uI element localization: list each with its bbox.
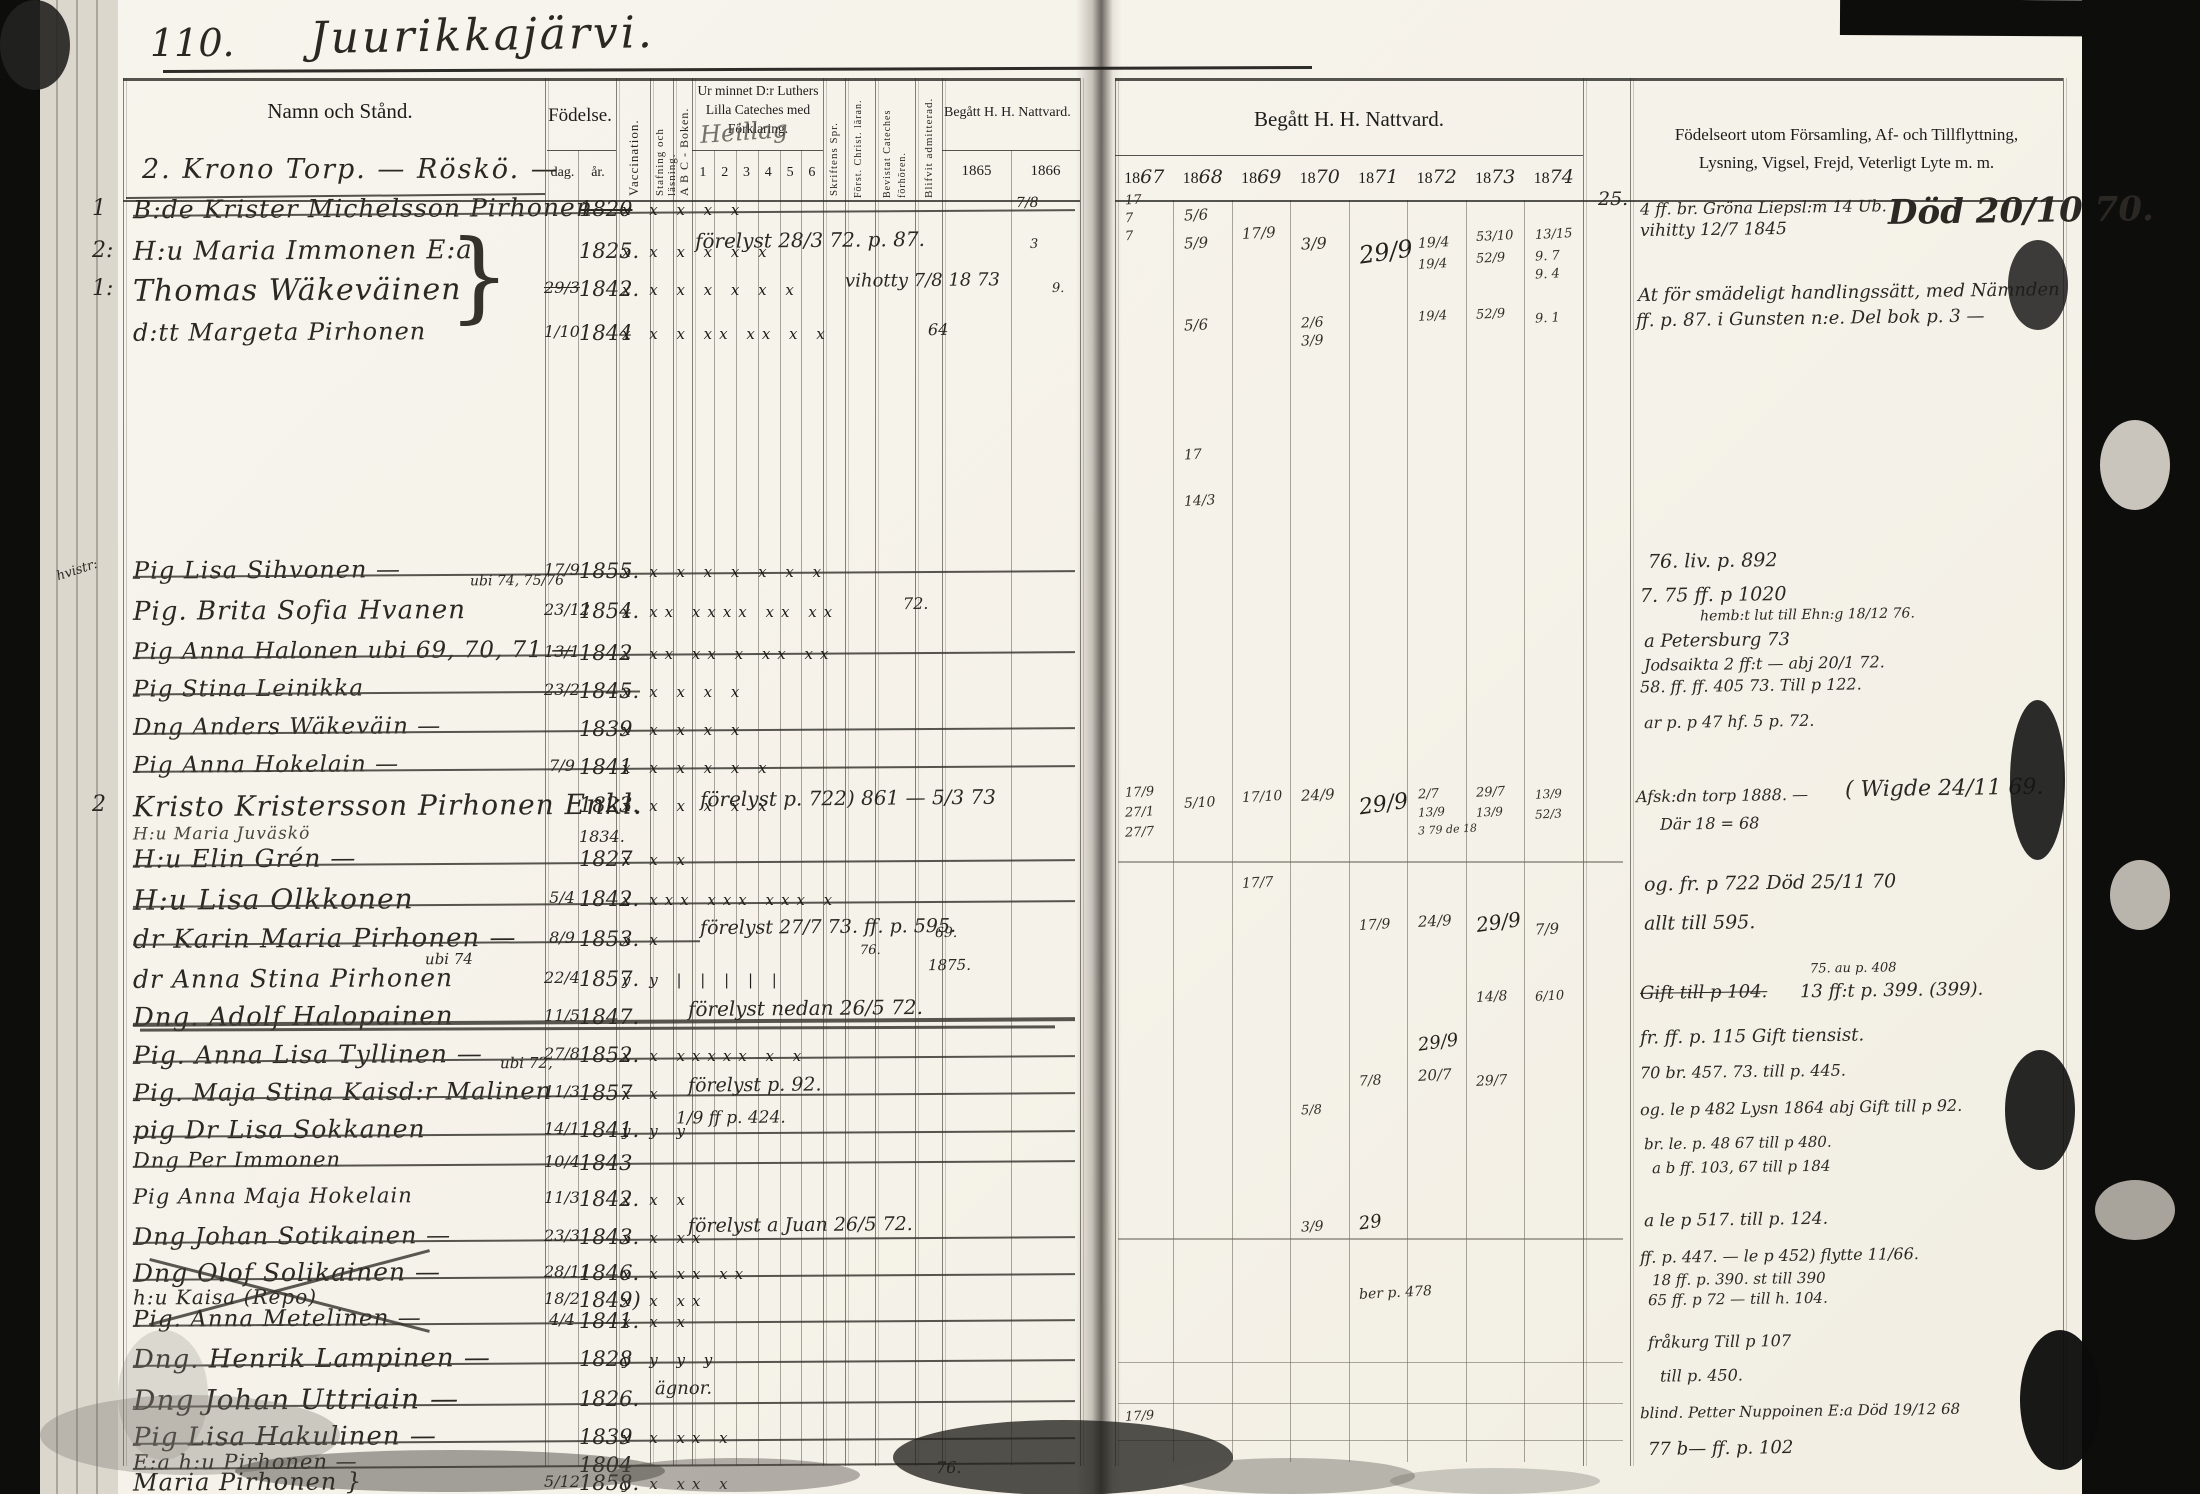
left-note: 1875. <box>928 958 971 973</box>
cateches-scribble: Heillag <box>699 117 788 147</box>
communion-mark: 7 <box>1125 230 1134 243</box>
communion-mark: 13/9 <box>1476 805 1504 818</box>
right-note: ff. p. 87. i Gunsten n:e. Del bok p. 3 — <box>1636 308 1985 331</box>
communion-mark: 2/7 <box>1417 787 1439 801</box>
scan-stain <box>118 1330 208 1460</box>
scan-stain <box>1165 1458 1415 1494</box>
study-marks: x x x x x x <box>622 761 774 776</box>
scan-stain <box>2110 860 2170 930</box>
right-note: At för smädeligt handlingssätt, med Nämn… <box>1638 281 2060 305</box>
grid-line-vertical <box>1407 200 1408 1462</box>
row-margin-number: 2 <box>92 794 106 816</box>
study-marks: x x x x x <box>622 203 746 218</box>
communion-mark: 52/3 <box>1534 807 1562 820</box>
row-name: B:de Krister Michelsson Pirhonen <box>133 195 593 222</box>
communion-mark: 17/9 <box>1242 225 1276 242</box>
cateches-col-number: 4 <box>757 166 779 181</box>
birth-day: 10/4 <box>544 1154 580 1170</box>
communion-mark: 17 <box>1125 194 1142 208</box>
right-note: ar p. p 47 hf. 5 p. 72. <box>1644 713 1815 731</box>
birth-day: 22/4 <box>544 970 580 986</box>
header-stafning: Stafning och läsning. <box>654 84 678 196</box>
birth-day: 8/9 <box>544 930 580 946</box>
communion-mark: 20/7 <box>1417 1067 1451 1084</box>
left-note: förelyst 28/3 72. p. 87. <box>695 229 925 251</box>
right-note: ff. p. 447. — le p 452) flytte 11/66. <box>1640 1246 1919 1266</box>
scan-stain <box>2095 1180 2175 1240</box>
communion-mark: 5/9 <box>1183 235 1208 251</box>
communion-mark: 29/7 <box>1476 1073 1508 1089</box>
grid-line-vertical <box>1115 78 1116 1466</box>
right-note: allt till 595. <box>1644 913 1756 934</box>
header-notes-line1: Födelseort utom Församling, Af- och Till… <box>1630 126 2063 144</box>
row-margin-number: 1 <box>92 198 106 220</box>
right-note: 77 b— ff. p. 102 <box>1648 1439 1794 1459</box>
study-marks: x x xx xx <box>622 1267 750 1282</box>
grid-line-vertical <box>1583 78 1584 1466</box>
communion-mark: 24/9 <box>1300 787 1334 804</box>
left-note: 72. <box>903 596 929 612</box>
right-note: till p. 450. <box>1660 1367 1743 1384</box>
communion-mark: 53/10 <box>1476 229 1514 244</box>
grid-line-vertical <box>823 78 824 1466</box>
left-note: vihotty 7/8 18 73 <box>845 271 1000 290</box>
header-vaccination: Vaccination. <box>626 84 642 196</box>
grid-line-vertical <box>1290 200 1291 1462</box>
year-label: 1873 <box>1466 168 1525 188</box>
study-marks: x x x x x x x x <box>622 565 828 580</box>
birth-day: 11/3 <box>544 1084 580 1100</box>
scan-stain <box>2020 1330 2100 1470</box>
birth-year: 1826. <box>579 1389 639 1410</box>
row-name: dr Anna Stina Pirhonen <box>133 965 453 992</box>
communion-mark: 17/9 <box>1125 1409 1155 1424</box>
communion-mark: 9. 1 <box>1534 311 1559 325</box>
row-name: Pig Lisa Sihvonen — <box>133 557 401 582</box>
communion-mark: 9. 7 <box>1534 249 1559 263</box>
header-bevistat-line1: Bevistat Cateches <box>882 84 893 198</box>
header-cateches-line2: Lilla Cateches med <box>693 103 823 117</box>
header-begatt-right: Begått H. H. Nattvard. <box>1115 108 1583 130</box>
left-note: 64 <box>928 322 948 338</box>
row-name: Kristo Kristersson Pirhonen Enkl. <box>133 791 643 822</box>
scan-stain <box>0 0 70 90</box>
study-marks: x xx xx x xx xx <box>622 647 835 662</box>
scan-edge-left-strip <box>40 0 118 1494</box>
header-begatt-left: Begått H. H. Nattvard. <box>944 106 1078 121</box>
birth-day: 11/3 <box>544 1190 580 1206</box>
communion-mark: 7/9 <box>1534 921 1559 937</box>
communion-mark: 14/3 <box>1183 493 1215 509</box>
communion-mark: 13/15 <box>1534 227 1572 242</box>
grid-line-horizontal <box>1115 78 2063 81</box>
year-label: 1868 <box>1174 168 1233 188</box>
right-note: 75. au p. 408 <box>1810 961 1897 975</box>
right-note: fr. ff. p. 115 Gift tiensist. <box>1640 1026 1864 1047</box>
communion-mark: 3 79 de 18 <box>1417 822 1477 836</box>
scan-stain <box>1390 1468 1600 1494</box>
row-name: H:u Maria Immonen E:a <box>133 237 473 265</box>
row-name: Dng Per Immonen <box>133 1149 341 1171</box>
communion-mark: 52/9 <box>1476 251 1506 266</box>
year-label: 1869 <box>1232 168 1291 188</box>
communion-mark: 27/7 <box>1125 825 1155 840</box>
communion-mark: 13/9 <box>1534 787 1562 800</box>
communion-mark: 29/9 <box>1475 909 1522 935</box>
year-label: 1874 <box>1525 168 1584 188</box>
year-label: 1867 <box>1115 168 1174 188</box>
study-marks: x x x x x x x <box>622 283 801 298</box>
left-note: förelyst nedan 26/5 72. <box>688 997 923 1019</box>
grid-line-horizontal <box>547 150 616 151</box>
left-note: förelyst p. 722) 861 — 5/3 73 <box>700 787 996 810</box>
row-name: Pig. Brita Sofia Hvanen <box>133 597 466 625</box>
right-note: blind. Petter Nuppoinen E:a Död 19/12 68 <box>1640 1402 1960 1421</box>
birth-day: 11/5 <box>544 1008 580 1024</box>
row-name: Pig Anna Halonen ubi 69, 70, 71 — <box>133 639 575 664</box>
communion-mark: 29/7 <box>1476 785 1506 800</box>
study-marks: x x x xx xx x x <box>622 327 832 342</box>
communion-mark: 9. 4 <box>1534 267 1559 281</box>
left-note: ubi 74 <box>425 952 473 967</box>
header-blifvit-admitterad: Blifvit admitterad. <box>923 84 935 198</box>
birth-year: 1847. <box>579 1007 639 1028</box>
scan-stain <box>2010 700 2065 860</box>
right-note: 70 br. 457. 73. till p. 445. <box>1640 1063 1846 1082</box>
row-margin-number: 1: <box>92 278 113 300</box>
right-note: 7. 75 ff. p 1020 <box>1640 585 1787 606</box>
right-note: 18 ff. p. 390. st till 390 <box>1652 1271 1826 1288</box>
grid-line-vertical <box>1349 200 1350 1462</box>
left-note: 1/9 ff p. 424. <box>676 1110 786 1128</box>
right-note: a b ff. 103, 67 till p 184 <box>1652 1159 1831 1176</box>
page-title: Juurikkajärvi. <box>310 11 656 61</box>
left-note: förelyst 27/7 73. ff. p. 595. <box>700 917 956 938</box>
row-name: H:u Maria Juväskö <box>133 826 310 844</box>
communion-mark: 19/4 <box>1417 257 1447 272</box>
right-note: a le p 517. till p. 124. <box>1644 1211 1828 1231</box>
right-note: og. fr. p 722 Död 25/11 70 <box>1644 872 1896 895</box>
study-marks: x x x x x <box>622 685 746 700</box>
communion-mark: 5/8 <box>1300 1103 1322 1117</box>
communion-mark: 5/6 <box>1183 317 1208 333</box>
study-marks: x x x <box>622 853 692 868</box>
cateches-col-number: 1 <box>692 166 714 181</box>
study-marks: x x xxxxx x x <box>622 1049 808 1064</box>
study-marks: x xx xxxx xx xx <box>622 605 839 620</box>
study-marks: x x <box>622 1087 665 1102</box>
right-page-strike <box>1118 1403 1623 1405</box>
header-dag: dag. <box>547 166 578 181</box>
study-marks: x x xx x <box>622 1431 735 1446</box>
year-label: 1871 <box>1349 168 1408 188</box>
right-note: 4 ff. br. Gröna Liepsl:m 14 Ub. <box>1640 198 1887 217</box>
right-note: 65 ff. p 72 — till h. 104. <box>1648 1291 1828 1309</box>
birth-day: 14/1 <box>544 1121 580 1137</box>
grid-line-vertical <box>1173 200 1174 1462</box>
header-ar: år. <box>580 166 616 181</box>
study-marks: x x xx <box>622 1294 707 1309</box>
communion-mark: 7/8 <box>1359 1073 1382 1088</box>
row-name: Pig. Maja Stina Kaisd:r Malinen <box>133 1079 552 1105</box>
communion-mark: 27/1 <box>1125 805 1155 820</box>
row-name: Dng Olof Solikainen — <box>133 1259 441 1286</box>
year-label: 1866 <box>1011 164 1080 180</box>
communion-mark: 5/10 <box>1183 795 1215 811</box>
row-name: Pig. Anna Lisa Tyllinen — <box>133 1041 483 1068</box>
communion-mark: 17 <box>1183 448 1202 463</box>
left-note: förelyst a Juan 26/5 72. <box>688 1215 913 1236</box>
study-marks: x x x <box>622 1315 692 1330</box>
communion-mark: 19/4 <box>1417 235 1449 251</box>
birth-year: 1843 <box>579 1153 632 1174</box>
grid-line-horizontal <box>942 150 1080 151</box>
scan-stain <box>2008 240 2068 330</box>
scan-scratch <box>76 0 78 1494</box>
study-marks: y y y y <box>622 1353 719 1368</box>
birth-day: 29/3 <box>544 280 580 296</box>
birth-day: 1/10 <box>544 324 580 340</box>
row-name: H:u Elin Grén — <box>133 845 356 871</box>
birth-day: 7/9 <box>544 758 580 774</box>
scan-stain <box>610 1458 860 1492</box>
left-note: 7/8 <box>1016 196 1039 210</box>
grid-line-vertical <box>1232 200 1233 1462</box>
communion-mark: 3/9 <box>1300 235 1327 252</box>
study-marks: x x x <box>622 1193 692 1208</box>
communion-mark: 3/9 <box>1300 333 1323 348</box>
communion-mark: 7 <box>1125 212 1134 225</box>
birth-day: 23/12 <box>544 602 580 618</box>
cateches-col-number: 3 <box>736 166 758 181</box>
scanned-church-record-spread: 110. Juurikkajärvi. 2. Krono Torp. — Rös… <box>0 0 2200 1494</box>
left-note: 76. <box>860 944 881 957</box>
birth-year: 1834. <box>579 829 625 845</box>
birth-day: 13/1 <box>544 644 580 660</box>
right-note: vihitty 12/7 1845 <box>1640 221 1787 240</box>
right-note: 76. liv. p. 892 <box>1648 551 1778 572</box>
header-bevistat-line2: förhören. <box>897 84 908 198</box>
communion-mark: 17/10 <box>1242 789 1283 805</box>
cateches-col-number: 6 <box>801 166 823 181</box>
communion-mark: 29 <box>1358 1212 1383 1233</box>
row-name: dr Karin Maria Pirhonen — <box>133 925 517 953</box>
communion-mark: 29/9 <box>1358 791 1410 820</box>
communion-mark: 2/6 <box>1300 315 1323 330</box>
birth-day: 4/4 <box>544 1312 580 1328</box>
village-line: 2. Krono Torp. — Röskö. — <box>142 156 560 183</box>
left-note: 9. <box>1052 282 1065 295</box>
cateches-col-number: 2 <box>714 166 736 181</box>
right-note: Gift till p 104. <box>1640 983 1768 1003</box>
row-name: Pig Anna Hokelain — <box>133 753 399 777</box>
communion-mark: 6/10 <box>1534 989 1564 1004</box>
communion-mark: ber p. 478 <box>1359 1284 1433 1302</box>
right-note: Jodsaikta 2 ff:t — abj 20/1 72. <box>1644 654 1885 673</box>
study-marks: x x x x x <box>622 723 746 738</box>
row-name: d:tt Margeta Pirhonen <box>133 319 426 345</box>
year-label: 1865 <box>942 164 1011 180</box>
communion-mark: 24/9 <box>1417 913 1451 930</box>
grid-line-horizontal <box>1115 155 1583 156</box>
scan-stain <box>235 1450 665 1492</box>
study-marks: x x <box>622 933 665 948</box>
right-page-strike <box>1118 1238 1623 1240</box>
communion-mark: 17/9 <box>1125 785 1155 800</box>
scan-scratch <box>96 0 98 1494</box>
scan-scratch <box>56 0 58 1494</box>
page-number: 110. <box>150 24 235 62</box>
row-name: H:u Lisa Olkkonen <box>133 885 414 914</box>
communion-mark: 29/9 <box>1416 1031 1459 1054</box>
row-name: Dng Anders Wäkeväin — <box>133 715 441 740</box>
right-note: Afsk:dn torp 1888. — <box>1636 787 1808 805</box>
birth-day: 5/4 <box>544 890 580 906</box>
row-name: Pig Stina Leinikka <box>133 677 364 701</box>
right-note: hemb:t lut till Ehn:g 18/12 76. <box>1700 607 1915 624</box>
left-note: ägnor. <box>655 1380 712 1398</box>
left-note: förelyst p. 92. <box>688 1075 822 1095</box>
right-note: og. le p 482 Lysn 1864 abj Gift till p 9… <box>1640 1098 1962 1118</box>
birth-day: 18/2 <box>544 1291 580 1307</box>
communion-mark: 52/9 <box>1476 307 1506 322</box>
grid-line-vertical <box>1524 200 1525 1462</box>
row-name: pig Dr Lisa Sokkanen <box>133 1116 426 1143</box>
birth-day: 28/11 <box>544 1264 580 1280</box>
title-underline <box>163 66 1312 73</box>
grid-line-vertical <box>123 78 124 1466</box>
right-note: Där 18 = 68 <box>1660 815 1760 832</box>
cateches-col-number: 5 <box>779 166 801 181</box>
header-cateches-line1: Ur minnet D:r Luthers <box>693 84 823 98</box>
header-notes-line2: Lysning, Vigsel, Frejd, Veterligt Lyte m… <box>1630 154 2063 172</box>
row-margin-number: 2: <box>92 240 113 262</box>
row-name: Thomas Wäkeväinen <box>133 275 462 307</box>
communion-mark: 19/4 <box>1417 309 1447 324</box>
study-marks: y y | | | | | <box>622 973 784 988</box>
header-fodelse: Födelse. <box>540 106 620 126</box>
communion-mark: 5/6 <box>1183 207 1208 223</box>
right-note: fråkurg Till p 107 <box>1648 1333 1791 1351</box>
header-abc-boken: A B C - Boken. <box>677 84 692 196</box>
communion-mark: 17/7 <box>1242 875 1274 891</box>
scan-stain <box>2005 1050 2075 1170</box>
right-note: 13 ff:t p. 399. (399). <box>1800 981 1984 1002</box>
left-note: ubi 74, 75/76 <box>470 574 564 589</box>
year-label: 1870 <box>1291 168 1350 188</box>
row-name: Dng Johan Sotikainen — <box>133 1223 451 1249</box>
right-note: 58. ff. ff. 405 73. Till p 122. <box>1640 676 1862 695</box>
row-name: Pig Anna Maja Hokelain <box>133 1185 413 1207</box>
grid-line-vertical <box>1011 150 1012 1466</box>
grid-line-horizontal <box>692 150 823 151</box>
communion-mark: 13/9 <box>1417 805 1445 818</box>
birth-day: 23/3 <box>544 1228 580 1244</box>
grid-line-vertical <box>1630 78 1631 1466</box>
year-label: 1872 <box>1408 168 1467 188</box>
scan-stain <box>2100 420 2170 510</box>
birth-day: 23/2 <box>544 682 580 698</box>
header-skriftens: Skriftens Spr. <box>828 84 840 196</box>
communion-mark: 29/9 <box>1358 236 1415 267</box>
left-note: 69. <box>935 926 957 940</box>
communion-mark: 3/9 <box>1300 1219 1323 1234</box>
right-page-strike <box>1118 861 1623 863</box>
right-note: a Petersburg 73 <box>1644 631 1790 651</box>
left-note: 3 <box>1030 238 1038 251</box>
study-marks: x xxx xxx xxx x <box>622 893 839 908</box>
grid-line-vertical <box>1080 78 1081 1466</box>
scan-edge-left <box>0 0 40 1494</box>
right-page-strike <box>1118 1362 1623 1364</box>
scan-edge-top-right <box>1840 0 2200 37</box>
right-note: Död 20/10 70. <box>1888 192 2154 230</box>
right-note: br. le. p. 48 67 till p 480. <box>1644 1135 1832 1153</box>
grid-line-horizontal <box>123 78 1080 81</box>
communion-mark: 14/8 <box>1476 989 1508 1005</box>
header-namn-och-stand: Namn och Stånd. <box>160 100 520 122</box>
left-note: ubi 72, <box>500 1056 553 1071</box>
header-forst-christ: Först. Christ. läran. <box>853 84 864 198</box>
communion-mark: 17/9 <box>1359 917 1391 933</box>
